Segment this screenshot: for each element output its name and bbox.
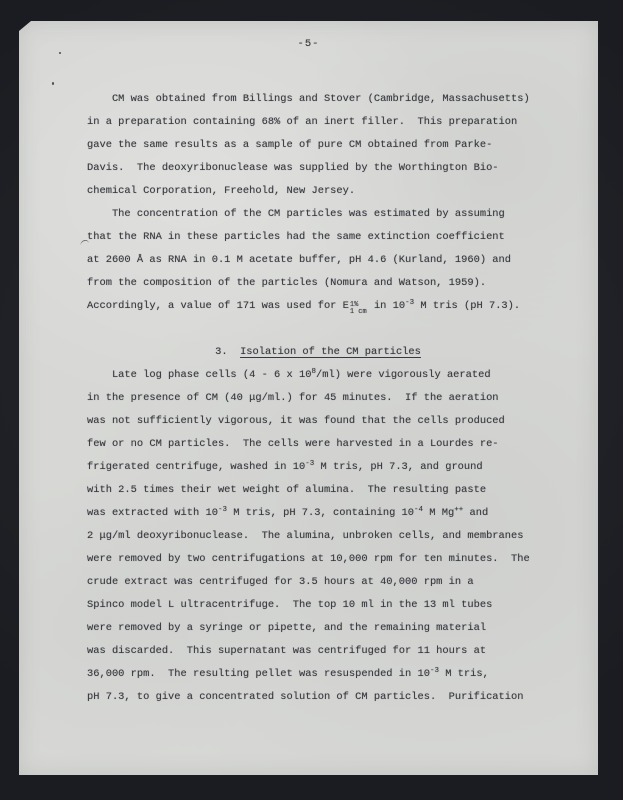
text-line	[87, 318, 549, 341]
text-line: Davis. The deoxyribonuclease was supplie…	[87, 157, 549, 180]
text-line: pH 7.3, to give a concentrated solution …	[87, 686, 549, 709]
text-line: Late log phase cells (4 - 6 x 108/ml) we…	[87, 364, 549, 387]
text-line: with 2.5 times their wet weight of alumi…	[87, 479, 549, 502]
text-line: gave the same results as a sample of pur…	[87, 134, 549, 157]
section-heading: 3. Isolation of the CM particles	[87, 341, 549, 364]
ink-speck	[52, 82, 54, 85]
text-line: Spinco model L ultracentrifuge. The top …	[87, 594, 549, 617]
text-line: in a preparation containing 68% of an in…	[87, 111, 549, 134]
text-line: crude extract was centrifuged for 3.5 ho…	[87, 571, 549, 594]
text-line: was extracted with 10-3 M tris, pH 7.3, …	[87, 502, 549, 525]
text-line: CM was obtained from Billings and Stover…	[87, 88, 549, 111]
stray-pencil-mark	[80, 239, 90, 246]
text-line: few or no CM particles. The cells were h…	[87, 433, 549, 456]
text-line: at 2600 Å as RNA in 0.1 M acetate buffer…	[87, 249, 549, 272]
text-line: in the presence of CM (40 μg/ml.) for 45…	[87, 387, 549, 410]
page-number: -5-	[19, 38, 598, 50]
text-line: 36,000 rpm. The resulting pellet was res…	[87, 663, 549, 686]
typewritten-text-block: CM was obtained from Billings and Stover…	[87, 88, 549, 709]
text-line: from the composition of the particles (N…	[87, 272, 549, 295]
text-line: Accordingly, a value of 171 was used for…	[87, 295, 549, 318]
text-line: frigerated centrifuge, washed in 10-3 M …	[87, 456, 549, 479]
text-line: were removed by a syringe or pipette, an…	[87, 617, 549, 640]
text-line: The concentration of the CM particles wa…	[87, 203, 549, 226]
text-line: was discarded. This supernatant was cent…	[87, 640, 549, 663]
text-line: chemical Corporation, Freehold, New Jers…	[87, 180, 549, 203]
document-page: -5- CM was obtained from Billings and St…	[19, 21, 598, 775]
text-line: that the RNA in these particles had the …	[87, 226, 549, 249]
text-line: were removed by two centrifugations at 1…	[87, 548, 549, 571]
text-line: 2 μg/ml deoxyribonuclease. The alumina, …	[87, 525, 549, 548]
ink-speck	[59, 52, 61, 54]
text-line: was not sufficiently vigorous, it was fo…	[87, 410, 549, 433]
